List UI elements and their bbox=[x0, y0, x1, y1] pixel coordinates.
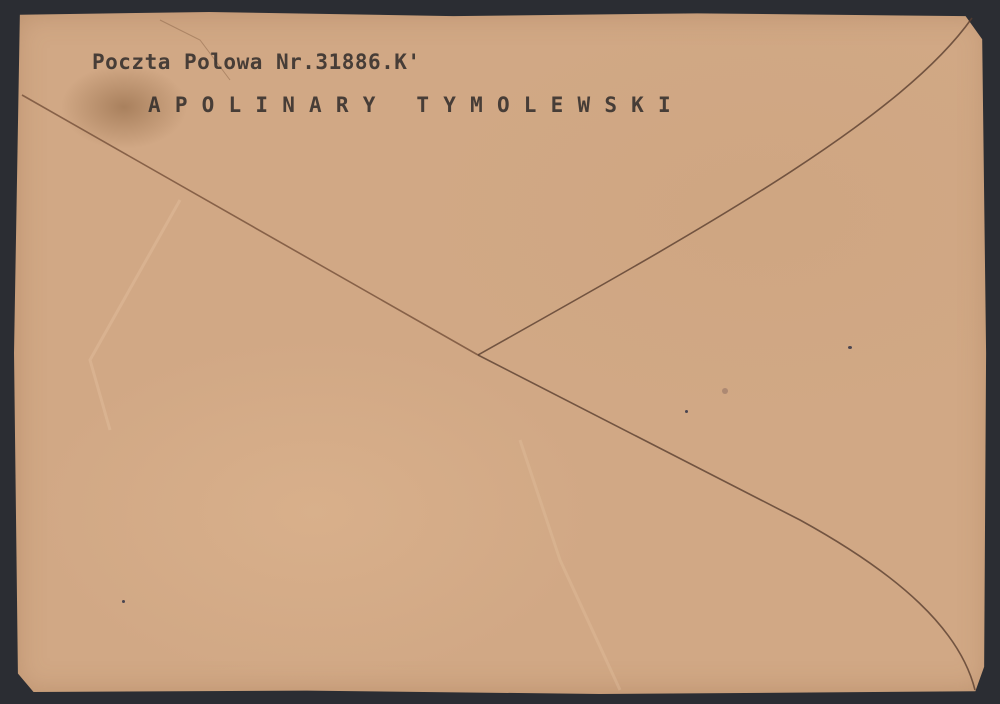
ink-speck bbox=[848, 346, 852, 349]
ink-speck bbox=[685, 410, 688, 413]
ink-speck bbox=[722, 388, 728, 394]
sender-field-post-number: Poczta Polowa Nr.31886.K' bbox=[92, 50, 421, 74]
sender-name: APOLINARY TYMOLEWSKI bbox=[148, 93, 685, 117]
ink-speck bbox=[122, 600, 125, 603]
